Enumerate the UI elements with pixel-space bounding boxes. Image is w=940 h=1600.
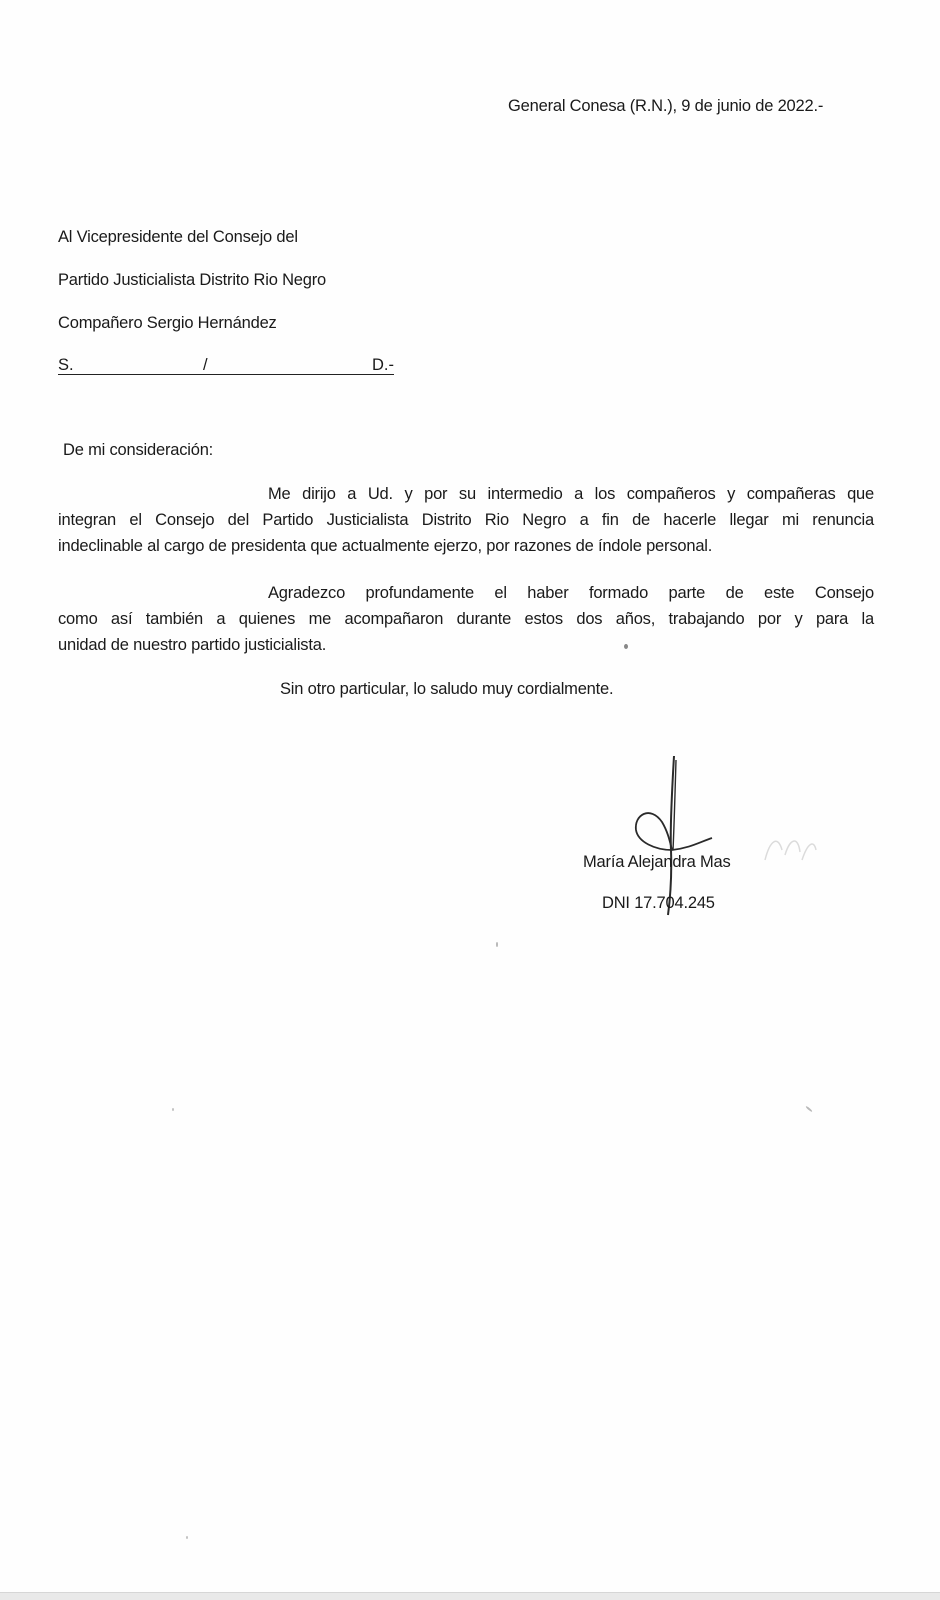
addressee-line-2: Partido Justicialista Distrito Rio Negro (58, 270, 326, 290)
sd-slash: / (203, 356, 208, 375)
paragraph-resignation: Me dirijo a Ud. y por su intermedio a lo… (58, 481, 874, 559)
scan-speck (496, 942, 498, 947)
sd-salutation-line: S. / D.- (58, 356, 394, 376)
signatory-dni: DNI 17.704.245 (602, 893, 715, 913)
faint-stamp-mark-icon (760, 830, 820, 870)
scan-speck (186, 1536, 188, 1539)
paragraph-line: indeclinable al cargo de presidenta que … (58, 533, 874, 559)
letter-page: General Conesa (R.N.), 9 de junio de 202… (0, 0, 940, 1592)
underline (58, 374, 394, 375)
scan-speck (624, 644, 628, 649)
place-date: General Conesa (R.N.), 9 de junio de 202… (508, 96, 823, 116)
addressee-line-3: Compañero Sergio Hernández (58, 313, 277, 333)
paragraph-line: integran el Consejo del Partido Justicia… (58, 507, 874, 533)
signatory-name: María Alejandra Mas (583, 852, 731, 872)
paragraph-line: unidad de nuestro partido justicialista. (58, 632, 874, 658)
addressee-line-1: Al Vicepresidente del Consejo del (58, 227, 298, 247)
scan-speck (805, 1106, 812, 1113)
sd-s: S. (58, 356, 74, 375)
paragraph-gratitude: Agradezco profundamente el haber formado… (58, 580, 874, 658)
page-bottom-edge (0, 1592, 940, 1600)
closing-line: Sin otro particular, lo saludo muy cordi… (280, 679, 613, 699)
sd-d: D.- (372, 356, 394, 375)
paragraph-line: Me dirijo a Ud. y por su intermedio a lo… (58, 481, 874, 507)
paragraph-line: Agradezco profundamente el haber formado… (58, 580, 874, 606)
scan-speck (172, 1108, 174, 1111)
paragraph-line: como así también a quienes me acompañaro… (58, 606, 874, 632)
greeting: De mi consideración: (63, 440, 213, 460)
